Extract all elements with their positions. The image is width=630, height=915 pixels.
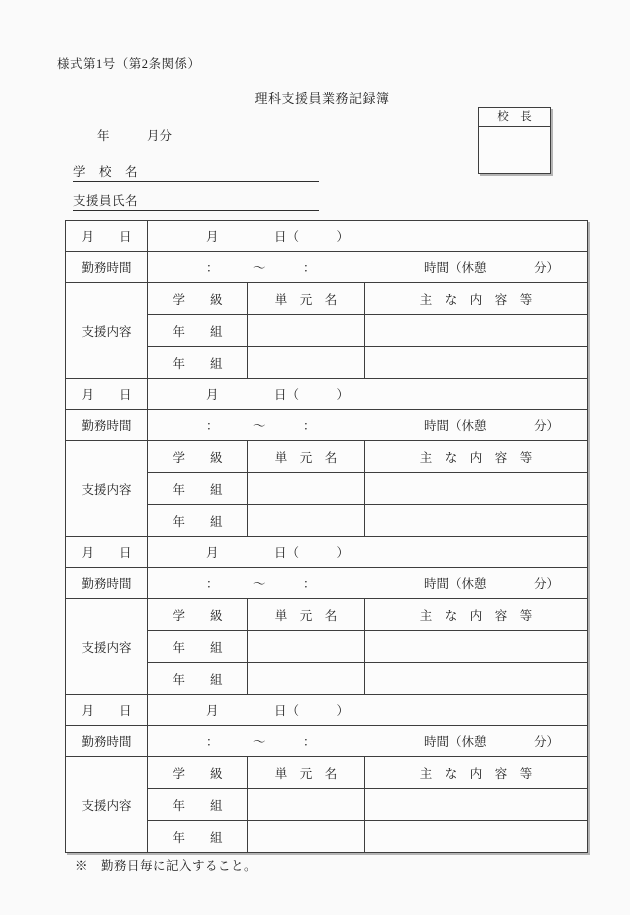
date-day-text: 日（ ） xyxy=(274,543,349,561)
support-label-cell: 支援内容 xyxy=(66,441,148,537)
grade-class-cell: 年 組 xyxy=(148,663,248,695)
support-label-cell: 支援内容 xyxy=(66,757,148,853)
hours-total-label: 時間（休憩 xyxy=(424,258,487,276)
date-day-text: 日（ ） xyxy=(274,385,349,403)
hours-tilde: ～ xyxy=(253,258,266,276)
hours-colon-end: ： xyxy=(303,416,316,434)
record-block-2: 月 日 月 日（ ） 勤務時間 ： ～ ： 時間（休憩 分） 支援内容 学 xyxy=(66,379,588,537)
unit-input-cell xyxy=(248,315,365,347)
hours-break-label: 分） xyxy=(534,258,559,276)
unit-header-cell: 単 元 名 xyxy=(248,283,365,315)
record-block-3: 月 日 月 日（ ） 勤務時間 ： ～ ： 時間（休憩 分） 支援内容 学 xyxy=(66,537,588,695)
content-header-cell: 主 な 内 容 等 xyxy=(365,441,588,473)
unit-input-cell xyxy=(248,821,365,853)
hours-total-label: 時間（休憩 xyxy=(424,574,487,592)
content-input-cell xyxy=(365,315,588,347)
hours-colon-end: ： xyxy=(303,258,316,276)
form-number: 様式第1号（第2条関係） xyxy=(57,54,201,72)
content-input-cell xyxy=(365,821,588,853)
work-hours-value-cell: ： ～ ： 時間（休憩 分） xyxy=(148,726,588,757)
unit-input-cell xyxy=(248,347,365,379)
work-hours-label-cell: 勤務時間 xyxy=(66,252,148,283)
hours-tilde: ～ xyxy=(253,574,266,592)
unit-header-cell: 単 元 名 xyxy=(248,599,365,631)
hours-colon-start: ： xyxy=(206,416,219,434)
content-header-cell: 主 な 内 容 等 xyxy=(365,283,588,315)
date-value-cell: 月 日（ ） xyxy=(148,537,588,568)
date-month-text: 月 xyxy=(206,227,219,245)
work-hours-value-cell: ： ～ ： 時間（休憩 分） xyxy=(148,252,588,283)
support-label-cell: 支援内容 xyxy=(66,283,148,379)
work-hours-label-cell: 勤務時間 xyxy=(66,568,148,599)
date-month-text: 月 xyxy=(206,385,219,403)
grade-class-cell: 年 組 xyxy=(148,789,248,821)
page-title: 理科支援員業務記録簿 xyxy=(0,88,630,107)
principal-stamp-area xyxy=(479,127,550,173)
hours-break-label: 分） xyxy=(534,732,559,750)
content-input-cell xyxy=(365,789,588,821)
work-hours-value-cell: ： ～ ： 時間（休憩 分） xyxy=(148,568,588,599)
grade-class-cell: 年 組 xyxy=(148,315,248,347)
support-label-cell: 支援内容 xyxy=(66,599,148,695)
content-input-cell xyxy=(365,473,588,505)
content-input-cell xyxy=(365,663,588,695)
unit-input-cell xyxy=(248,663,365,695)
unit-input-cell xyxy=(248,631,365,663)
work-hours-label-cell: 勤務時間 xyxy=(66,726,148,757)
date-day-text: 日（ ） xyxy=(274,227,349,245)
record-block-1: 月 日 月 日（ ） 勤務時間 ： ～ ： 時間（休憩 分） 支援内容 学 xyxy=(66,221,588,379)
school-name-line: 学 校 名 xyxy=(73,162,319,182)
content-input-cell xyxy=(365,505,588,537)
date-label-cell: 月 日 xyxy=(66,221,148,252)
date-label-cell: 月 日 xyxy=(66,379,148,410)
hours-break-label: 分） xyxy=(534,416,559,434)
date-day-text: 日（ ） xyxy=(274,701,349,719)
hours-colon-start: ： xyxy=(206,574,219,592)
hours-colon-start: ： xyxy=(206,258,219,276)
class-header-cell: 学 級 xyxy=(148,441,248,473)
hours-total-label: 時間（休憩 xyxy=(424,416,487,434)
hours-break-label: 分） xyxy=(534,574,559,592)
footer-note: ※ 勤務日毎に記入すること。 xyxy=(75,856,257,874)
unit-input-cell xyxy=(248,789,365,821)
date-label-cell: 月 日 xyxy=(66,537,148,568)
content-input-cell xyxy=(365,347,588,379)
class-header-cell: 学 級 xyxy=(148,599,248,631)
school-name-label: 学 校 名 xyxy=(73,165,138,179)
date-month-text: 月 xyxy=(206,701,219,719)
work-hours-value-cell: ： ～ ： 時間（休憩 分） xyxy=(148,410,588,441)
hours-tilde: ～ xyxy=(253,416,266,434)
principal-stamp-box: 校 長 xyxy=(478,107,551,174)
grade-class-cell: 年 組 xyxy=(148,821,248,853)
unit-input-cell xyxy=(248,473,365,505)
unit-input-cell xyxy=(248,505,365,537)
staff-name-line: 支援員氏名 xyxy=(73,191,319,211)
class-header-cell: 学 級 xyxy=(148,757,248,789)
unit-header-cell: 単 元 名 xyxy=(248,441,365,473)
date-label-cell: 月 日 xyxy=(66,695,148,726)
grade-class-cell: 年 組 xyxy=(148,347,248,379)
grade-class-cell: 年 組 xyxy=(148,473,248,505)
content-header-cell: 主 な 内 容 等 xyxy=(365,757,588,789)
content-header-cell: 主 な 内 容 等 xyxy=(365,599,588,631)
grade-class-cell: 年 組 xyxy=(148,505,248,537)
hours-total-label: 時間（休憩 xyxy=(424,732,487,750)
hours-tilde: ～ xyxy=(253,732,266,750)
hours-colon-start: ： xyxy=(206,732,219,750)
unit-header-cell: 単 元 名 xyxy=(248,757,365,789)
record-table: 月 日 月 日（ ） 勤務時間 ： ～ ： 時間（休憩 分） 支援内容 学 xyxy=(65,220,588,853)
date-month-text: 月 xyxy=(206,543,219,561)
staff-name-label: 支援員氏名 xyxy=(73,194,138,208)
principal-box-label: 校 長 xyxy=(479,108,550,127)
hours-colon-end: ： xyxy=(303,732,316,750)
date-value-cell: 月 日（ ） xyxy=(148,221,588,252)
content-input-cell xyxy=(365,631,588,663)
record-block-4: 月 日 月 日（ ） 勤務時間 ： ～ ： 時間（休憩 分） 支援内容 学 xyxy=(66,695,588,853)
year-month-line: 年 月分 xyxy=(97,126,172,144)
form-page: 様式第1号（第2条関係） 理科支援員業務記録簿 年 月分 校 長 学 校 名 支… xyxy=(0,0,630,915)
date-value-cell: 月 日（ ） xyxy=(148,379,588,410)
grade-class-cell: 年 組 xyxy=(148,631,248,663)
date-value-cell: 月 日（ ） xyxy=(148,695,588,726)
hours-colon-end: ： xyxy=(303,574,316,592)
work-hours-label-cell: 勤務時間 xyxy=(66,410,148,441)
class-header-cell: 学 級 xyxy=(148,283,248,315)
